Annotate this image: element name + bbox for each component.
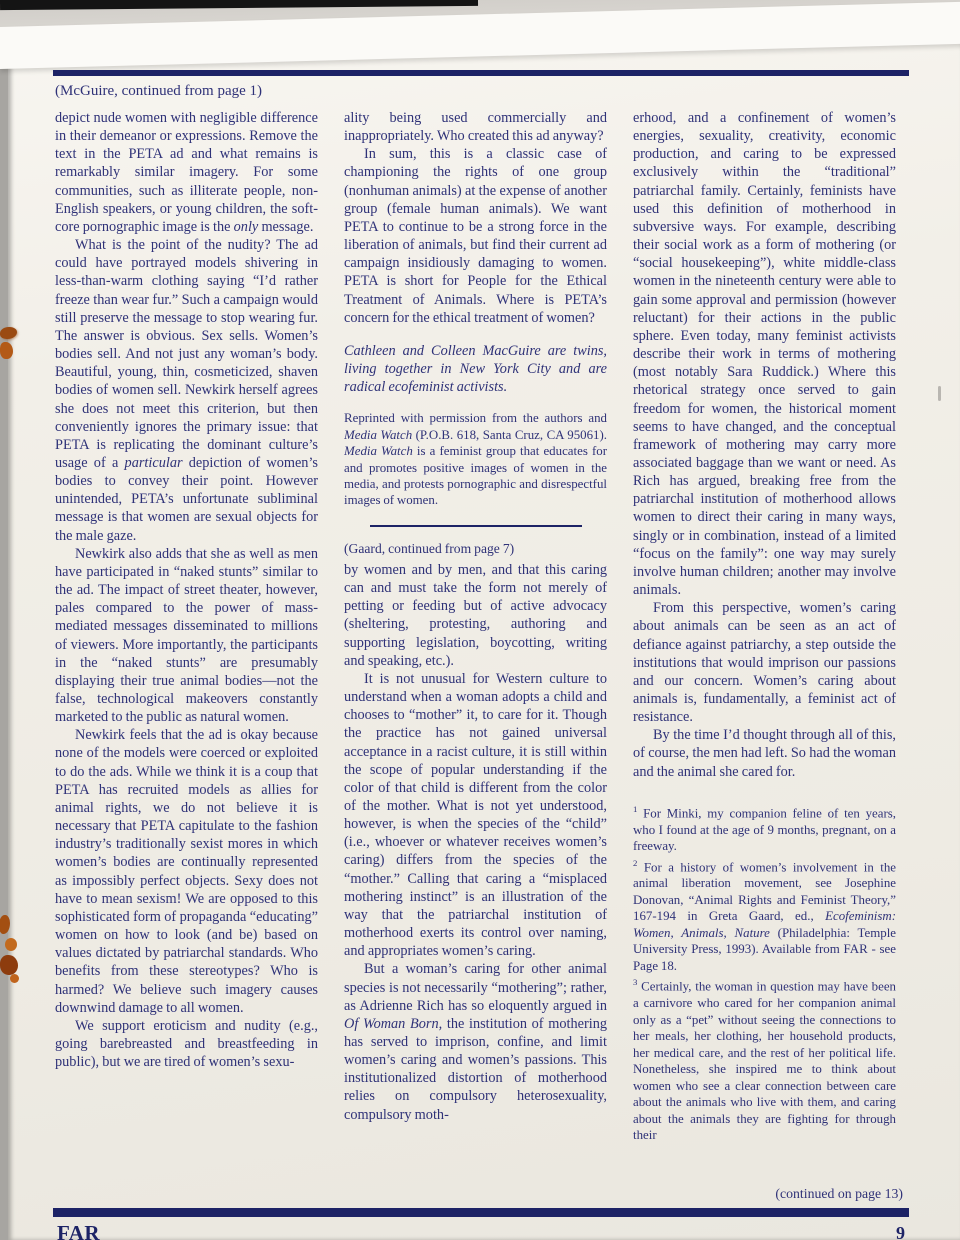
paragraph: What is the point of the nudity? The ad …	[55, 236, 318, 545]
paragraph: Newkirk feels that the ad is okay becaus…	[55, 726, 318, 1017]
paragraph: depict nude women with negligible differ…	[55, 109, 318, 236]
paragraph: 1 For Minki, my companion feline of ten …	[633, 801, 896, 855]
column-3: erhood, and a confinement of women’s ene…	[633, 109, 896, 1180]
paragraph: by women and by men, and that this carin…	[344, 561, 607, 670]
scanned-page: (McGuire, continued from page 1) depict …	[8, 0, 960, 1240]
paragraph: We support eroticism and nudity (e.g., g…	[55, 1017, 318, 1071]
column-1: depict nude women with negligible differ…	[55, 109, 318, 1180]
article-columns: depict nude women with negligible differ…	[55, 109, 897, 1180]
paragraph: Reprinted with permission from the autho…	[344, 410, 607, 508]
paragraph: By the time I’d thought through all of t…	[633, 726, 896, 780]
ink-stain	[0, 327, 17, 339]
scan-smudge	[938, 386, 941, 401]
paragraph: erhood, and a confinement of women’s ene…	[633, 109, 896, 599]
paragraph: It is not unusual for Western culture to…	[344, 670, 607, 961]
paragraph: In sum, this is a classic case of champi…	[344, 145, 607, 327]
paragraph: Cathleen and Colleen MacGuire are twins,…	[344, 342, 607, 396]
column-2: ality being used commercially and inappr…	[344, 109, 607, 1180]
page-number: 9	[896, 1223, 905, 1240]
article-continuation-header: (McGuire, continued from page 1)	[55, 83, 262, 100]
header-rule	[53, 70, 909, 76]
continued-note: (continued on page 13)	[603, 1186, 903, 1202]
ink-stain	[10, 974, 19, 983]
section-divider	[370, 525, 582, 527]
paragraph: Newkirk also adds that she as well as me…	[55, 545, 318, 727]
paragraph: ality being used commercially and inappr…	[344, 109, 607, 145]
paragraph: 3 Certainly, the woman in question may h…	[633, 974, 896, 1143]
footer-rule	[53, 1208, 909, 1217]
ink-stain	[0, 955, 18, 975]
ink-stain	[0, 915, 10, 934]
paragraph: 2 For a history of women’s involvement i…	[633, 855, 896, 975]
ink-stain	[0, 342, 13, 359]
paragraph: From this perspective, women’s caring ab…	[633, 599, 896, 726]
ink-stain	[5, 938, 17, 951]
paragraph: But a woman’s caring for other animal sp…	[344, 960, 607, 1123]
paragraph: (Gaard, continued from page 7)	[344, 540, 607, 558]
magazine-name: FAR	[57, 1221, 100, 1240]
